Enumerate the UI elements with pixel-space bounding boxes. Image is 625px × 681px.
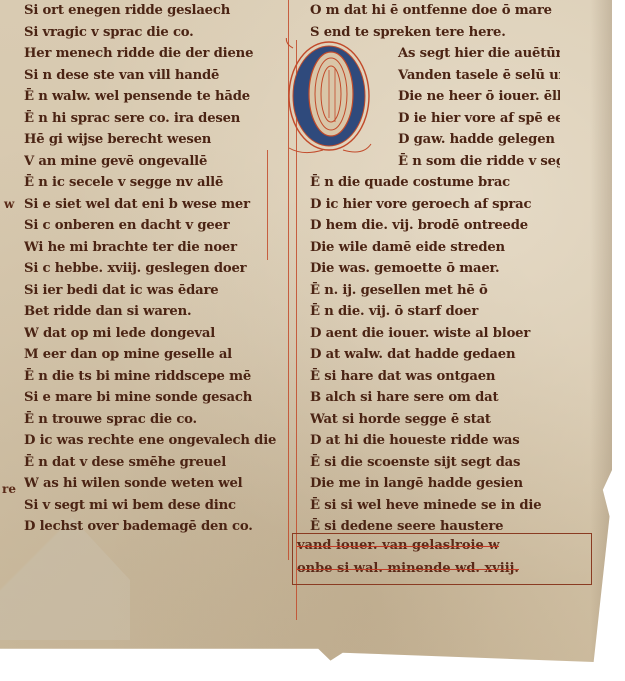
strikethrough-line [297, 569, 519, 571]
text-line: D ic hier vore geroech af sprac [310, 194, 560, 216]
text-line: Bet ridde dan si waren. [24, 301, 279, 323]
text-line: D at hi die houeste ridde was [310, 430, 560, 452]
text-line: Ē si hare dat was ontgaen [310, 366, 560, 388]
text-line: Her menech ridde die der diene [24, 43, 279, 65]
text-line: Si e mare bi mine sonde gesach [24, 387, 279, 409]
text-line: W dat op mi lede dongeval [24, 323, 279, 345]
text-line: M eer dan op mine geselle al [24, 344, 279, 366]
rubric-line: vand iouer. van gelaslroie w [297, 538, 499, 553]
text-line: Ē n die. vij. ō starf doer [310, 301, 560, 323]
text-line: Si n dese ste van vill handē [24, 65, 279, 87]
text-line: Die ne heer ō iouer. ēlled [310, 86, 560, 108]
text-line: Wat si horde segge ē stat [310, 409, 560, 431]
text-line: Ē n die quade costume brac [310, 172, 560, 194]
text-line: D at walw. dat hadde gedaen [310, 344, 560, 366]
text-line: Hē gi wijse berecht wesen [24, 129, 279, 151]
text-line: Si v segt mi wi bem dese dinc [24, 495, 279, 517]
text-line: Si ort enegen ridde geslaech [24, 0, 279, 22]
text-line: D aent die iouer. wiste al bloer [310, 323, 560, 345]
text-line: Si c onberen en dacht v geer [24, 215, 279, 237]
text-line: Ē n walw. wel pensende te hāde [24, 86, 279, 108]
strikethrough-line [297, 546, 499, 548]
text-line: Ē si si wel heve minede se in die [310, 495, 560, 517]
margin-annotation: re [2, 482, 16, 496]
text-line: Ē n die ts bi mine riddscepe mē [24, 366, 279, 388]
text-line: Die wile damē eide streden [310, 237, 560, 259]
page-edge-shadow [590, 0, 612, 662]
text-line: Ē si die scoenste sijt segt das [310, 452, 560, 474]
text-line: D ie hier vore af spē een del [310, 108, 560, 130]
text-line: Si c hebbe. xviij. geslegen doer [24, 258, 279, 280]
text-line: Ē n dat v dese smēhe greuel [24, 452, 279, 474]
text-line: Die me in langē hadde gesien [310, 473, 560, 495]
text-line: D gaw. hadde gelegen [310, 129, 560, 151]
text-line: Die was. gemoette ō maer. [310, 258, 560, 280]
text-line: As segt hier die auētūre [310, 43, 560, 65]
text-line: Vanden tasele ē selū ure [310, 65, 560, 87]
text-line: Si vragic v sprac die co. [24, 22, 279, 44]
left-text-column: Si ort enegen ridde geslaech Si vragic v… [24, 0, 279, 538]
text-line: O m dat hi ē ontfenne doe ō mare [310, 0, 560, 22]
text-line: Ē n hi sprac sere co. ira desen [24, 108, 279, 130]
text-line: Wi he mi brachte ter die noer [24, 237, 279, 259]
margin-annotation: w [4, 197, 14, 211]
text-line: Ē n som die ridde v segē [310, 151, 560, 173]
rubric-line: onbe si wal. minende wd. xviij. [297, 561, 519, 576]
text-line: D ic was rechte ene ongevalech die [24, 430, 279, 452]
text-line: Si e siet wel dat eni b wese mer [24, 194, 279, 216]
text-line: B alch si hare sere om dat [310, 387, 560, 409]
text-line: S end te spreken tere here. [310, 22, 560, 44]
text-line: Ē n. ij. gesellen met hē ō [310, 280, 560, 302]
text-line: V an mine gevē ongevallē [24, 151, 279, 173]
text-line: D hem die. vij. brodē ontreede [310, 215, 560, 237]
text-line: D lechst over bademagē den co. [24, 516, 279, 538]
right-text-column: O m dat hi ē ontfenne doe ō mare S end t… [310, 0, 560, 538]
text-line: W as hi wilen sonde weten wel [24, 473, 279, 495]
text-line: Si ier bedi dat ic was ēdare [24, 280, 279, 302]
rubric-box: vand iouer. van gelaslroie w onbe si wal… [292, 533, 592, 585]
text-line: Ē n ic secele v segge nv allē [24, 172, 279, 194]
text-line: Ē n trouwe sprac die co. [24, 409, 279, 431]
